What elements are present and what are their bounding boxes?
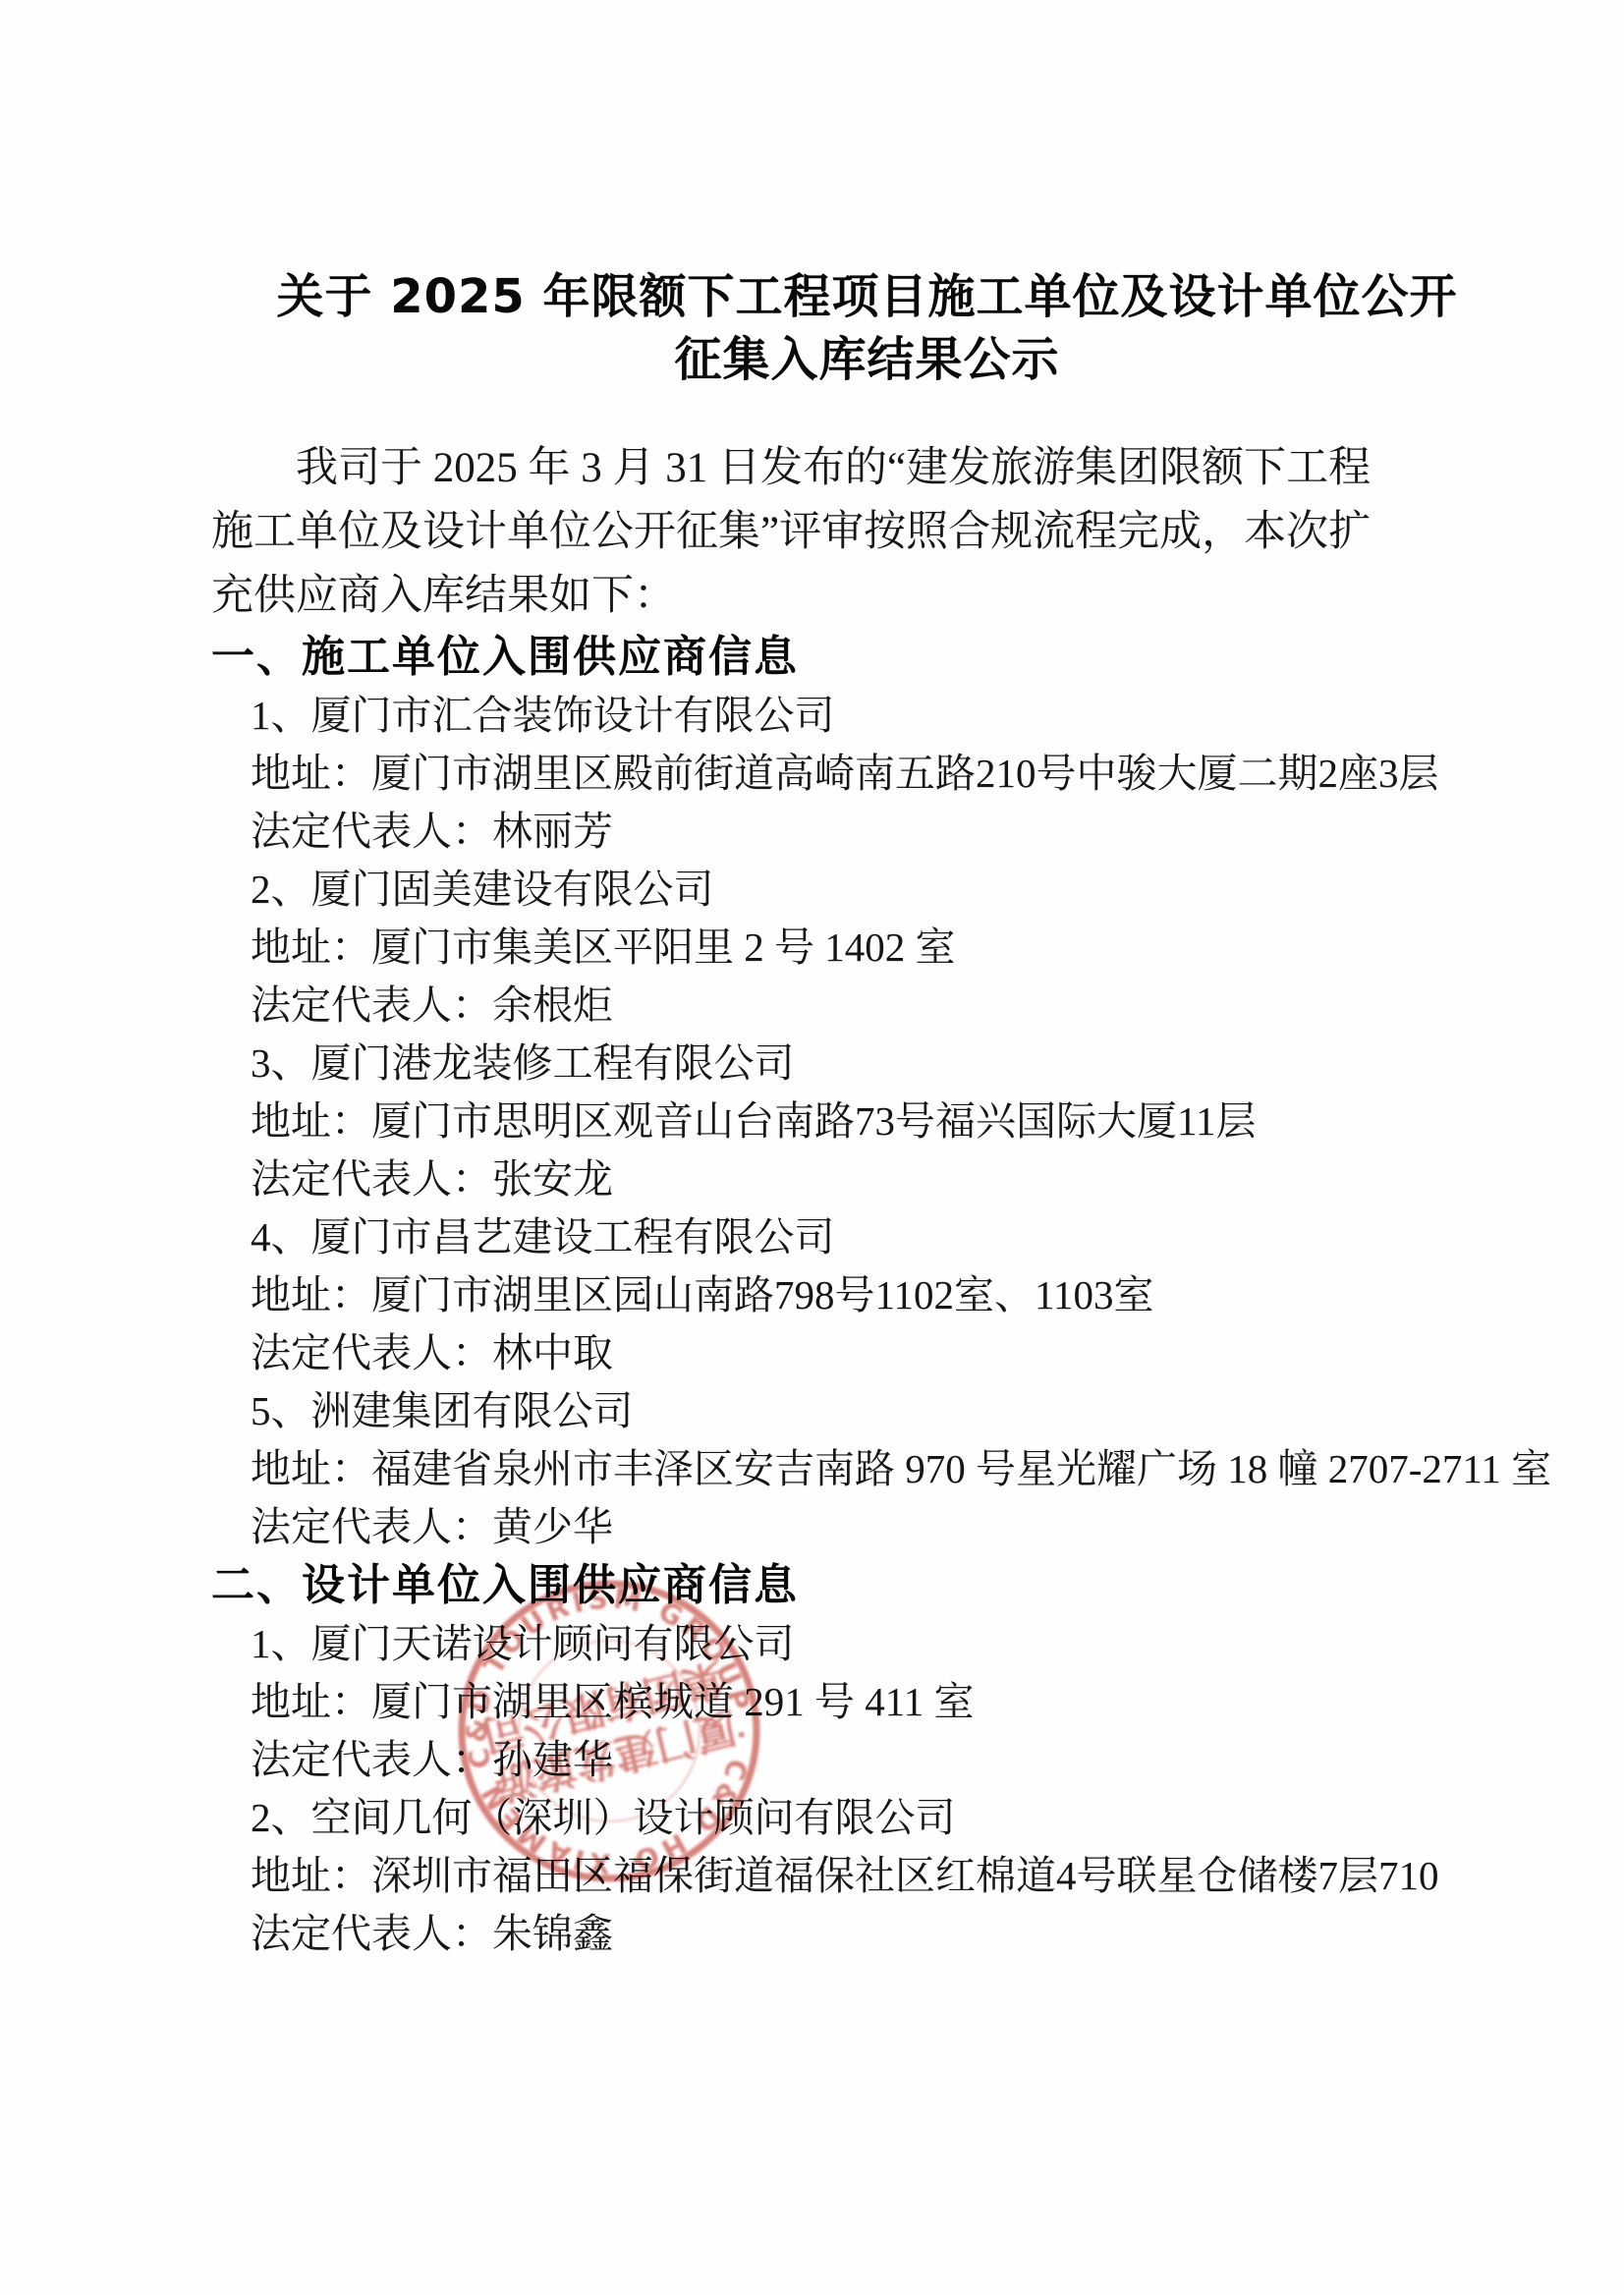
construction-supplier-list: 1、厦门市汇合装饰设计有限公司 地址：厦门市湖里区殿前街道高崎南五路210号中骏… — [211, 687, 1523, 1556]
company-address: 地址：厦门市湖里区殿前街道高崎南五路210号中骏大厦二期2座3层 — [251, 745, 1523, 803]
section-heading-design: 二、设计单位入围供应商信息 — [211, 1556, 1523, 1615]
legal-representative: 法定代表人：孙建华 — [251, 1731, 1523, 1789]
document-title-line-1: 关于 2025 年限额下工程项目施工单位及设计单位公开 — [211, 265, 1523, 328]
company-name: 2、厦门固美建设有限公司 — [251, 861, 1523, 919]
legal-representative: 法定代表人：朱锦鑫 — [251, 1905, 1523, 1963]
legal-representative: 法定代表人：余根炬 — [251, 977, 1523, 1035]
document-title-line-2: 征集入库结果公示 — [211, 328, 1523, 391]
document-content: 关于 2025 年限额下工程项目施工单位及设计单位公开 征集入库结果公示 我司于… — [211, 265, 1523, 1963]
company-name: 5、洲建集团有限公司 — [251, 1382, 1523, 1440]
company-address: 地址：厦门市思明区观音山台南路73号福兴国际大厦11层 — [251, 1092, 1523, 1150]
company-address: 地址：厦门市湖里区槟城道 291 号 411 室 — [251, 1673, 1523, 1731]
company-address: 地址：厦门市集美区平阳里 2 号 1402 室 — [251, 919, 1523, 977]
intro-line-2: 施工单位及设计单位公开征集”评审按照合规流程完成，本次扩 — [211, 500, 1523, 564]
company-address: 地址：深圳市福田区福保街道福保社区红棉道4号联星仓储楼7层710 — [251, 1847, 1523, 1905]
company-address: 地址：福建省泉州市丰泽区安吉南路 970 号星光耀广场 18 幢 2707-27… — [251, 1440, 1523, 1498]
legal-representative: 法定代表人：林丽芳 — [251, 803, 1523, 861]
company-name: 2、空间几何（深圳）设计顾问有限公司 — [251, 1789, 1523, 1847]
legal-representative: 法定代表人：林中取 — [251, 1324, 1523, 1382]
design-supplier-list: 1、厦门天诺设计顾问有限公司 地址：厦门市湖里区槟城道 291 号 411 室 … — [211, 1615, 1523, 1963]
scanned-document-page: 关于 2025 年限额下工程项目施工单位及设计单位公开 征集入库结果公示 我司于… — [0, 0, 1624, 2295]
company-address: 地址：厦门市湖里区园山南路798号1102室、1103室 — [251, 1266, 1523, 1324]
legal-representative: 法定代表人：张安龙 — [251, 1150, 1523, 1208]
company-name: 3、厦门港龙装修工程有限公司 — [251, 1035, 1523, 1092]
section-heading-construction: 一、施工单位入围供应商信息 — [211, 628, 1523, 687]
intro-line-1: 我司于 2025 年 3 月 31 日发布的“建发旅游集团限额下工程 — [211, 436, 1523, 500]
company-name: 1、厦门市汇合装饰设计有限公司 — [251, 687, 1523, 745]
company-name: 4、厦门市昌艺建设工程有限公司 — [251, 1208, 1523, 1266]
intro-paragraph: 我司于 2025 年 3 月 31 日发布的“建发旅游集团限额下工程 施工单位及… — [211, 436, 1523, 628]
legal-representative: 法定代表人：黄少华 — [251, 1498, 1523, 1556]
company-name: 1、厦门天诺设计顾问有限公司 — [251, 1615, 1523, 1673]
document-title: 关于 2025 年限额下工程项目施工单位及设计单位公开 征集入库结果公示 — [211, 265, 1523, 391]
intro-line-3: 充供应商入库结果如下： — [211, 564, 1523, 628]
